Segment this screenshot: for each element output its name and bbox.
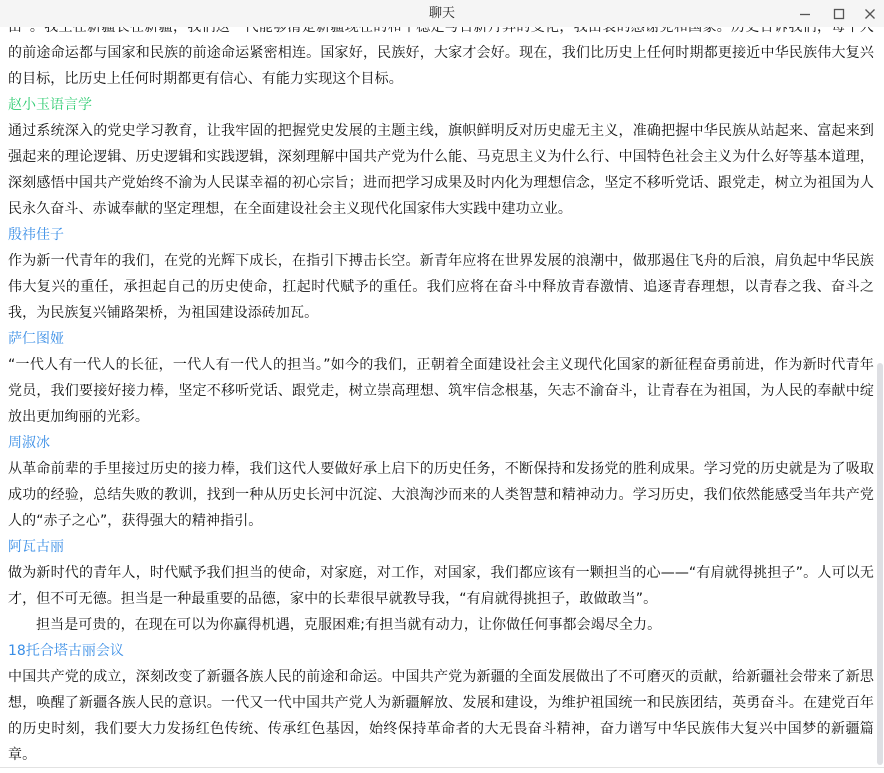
chat-scroll-content: 由”。我生在新疆长在新疆，我们这一代能够清楚新疆现在的和平稳定与日新月异的变化，…: [8, 27, 874, 768]
message-text: 通过系统深入的党史学习教育，让我牢固的把握党史发展的主题主线，旗帜鲜明反对历史虚…: [8, 118, 874, 222]
message-author[interactable]: 赵小玉语言学: [8, 92, 874, 118]
minimize-icon: [799, 8, 811, 20]
close-button[interactable]: [855, 0, 884, 27]
message-text: 做为新时代的青年人，时代赋予我们担当的使命，对家庭，对工作，对国家，我们都应该有…: [8, 560, 874, 612]
message-author[interactable]: 殷祎佳子: [8, 222, 874, 248]
message: 赵小玉语言学 通过系统深入的党史学习教育，让我牢固的把握党史发展的主题主线，旗帜…: [8, 92, 874, 222]
message-author[interactable]: 萨仁图娅: [8, 326, 874, 352]
message: 18托合塔古丽会议 中国共产党的成立，深刻改变了新疆各族人民的前途和命运。中国共…: [8, 638, 874, 768]
message: 阿瓦古丽 做为新时代的青年人，时代赋予我们担当的使命，对家庭，对工作，对国家，我…: [8, 534, 874, 638]
maximize-icon: [833, 8, 845, 20]
message: 周淑冰 从革命前辈的手里接过历史的接力棒，我们这代人要做好承上启下的历史任务，不…: [8, 430, 874, 534]
divider: [0, 767, 884, 768]
message-text: 中国共产党的成立，深刻改变了新疆各族人民的前途和命运。中国共产党为新疆的全面发展…: [8, 664, 874, 768]
title-bar: 聊天: [0, 0, 884, 27]
message-text: 由”。我生在新疆长在新疆，我们这一代能够清楚新疆现在的和平稳定与日新月异的变化，…: [8, 27, 874, 92]
minimize-button[interactable]: [790, 0, 820, 27]
maximize-button[interactable]: [824, 0, 854, 27]
message-author[interactable]: 阿瓦古丽: [8, 534, 874, 560]
window-title: 聊天: [0, 0, 884, 27]
message-text: 从革命前辈的手里接过历史的接力棒，我们这代人要做好承上启下的历史任务，不断保持和…: [8, 456, 874, 534]
message-text: 担当是可贵的，在现在可以为你赢得机遇，克服困难;有担当就有动力，让你做任何事都会…: [8, 612, 874, 638]
message-author[interactable]: 18托合塔古丽会议: [8, 638, 874, 664]
close-icon: [864, 8, 876, 20]
message-text: “一代人有一代人的长征，一代人有一代人的担当。”如今的我们，正朝着全面建设社会主…: [8, 352, 874, 430]
chat-message-list[interactable]: 由”。我生在新疆长在新疆，我们这一代能够清楚新疆现在的和平稳定与日新月异的变化，…: [0, 27, 876, 773]
message-author[interactable]: 周淑冰: [8, 430, 874, 456]
message: 萨仁图娅 “一代人有一代人的长征，一代人有一代人的担当。”如今的我们，正朝着全面…: [8, 326, 874, 430]
scrollbar-thumb[interactable]: [877, 363, 883, 765]
message-text: 作为新一代青年的我们，在党的光辉下成长，在指引下搏击长空。新青年应将在世界发展的…: [8, 248, 874, 326]
message: 殷祎佳子 作为新一代青年的我们，在党的光辉下成长，在指引下搏击长空。新青年应将在…: [8, 222, 874, 326]
message: 由”。我生在新疆长在新疆，我们这一代能够清楚新疆现在的和平稳定与日新月异的变化，…: [8, 27, 874, 92]
